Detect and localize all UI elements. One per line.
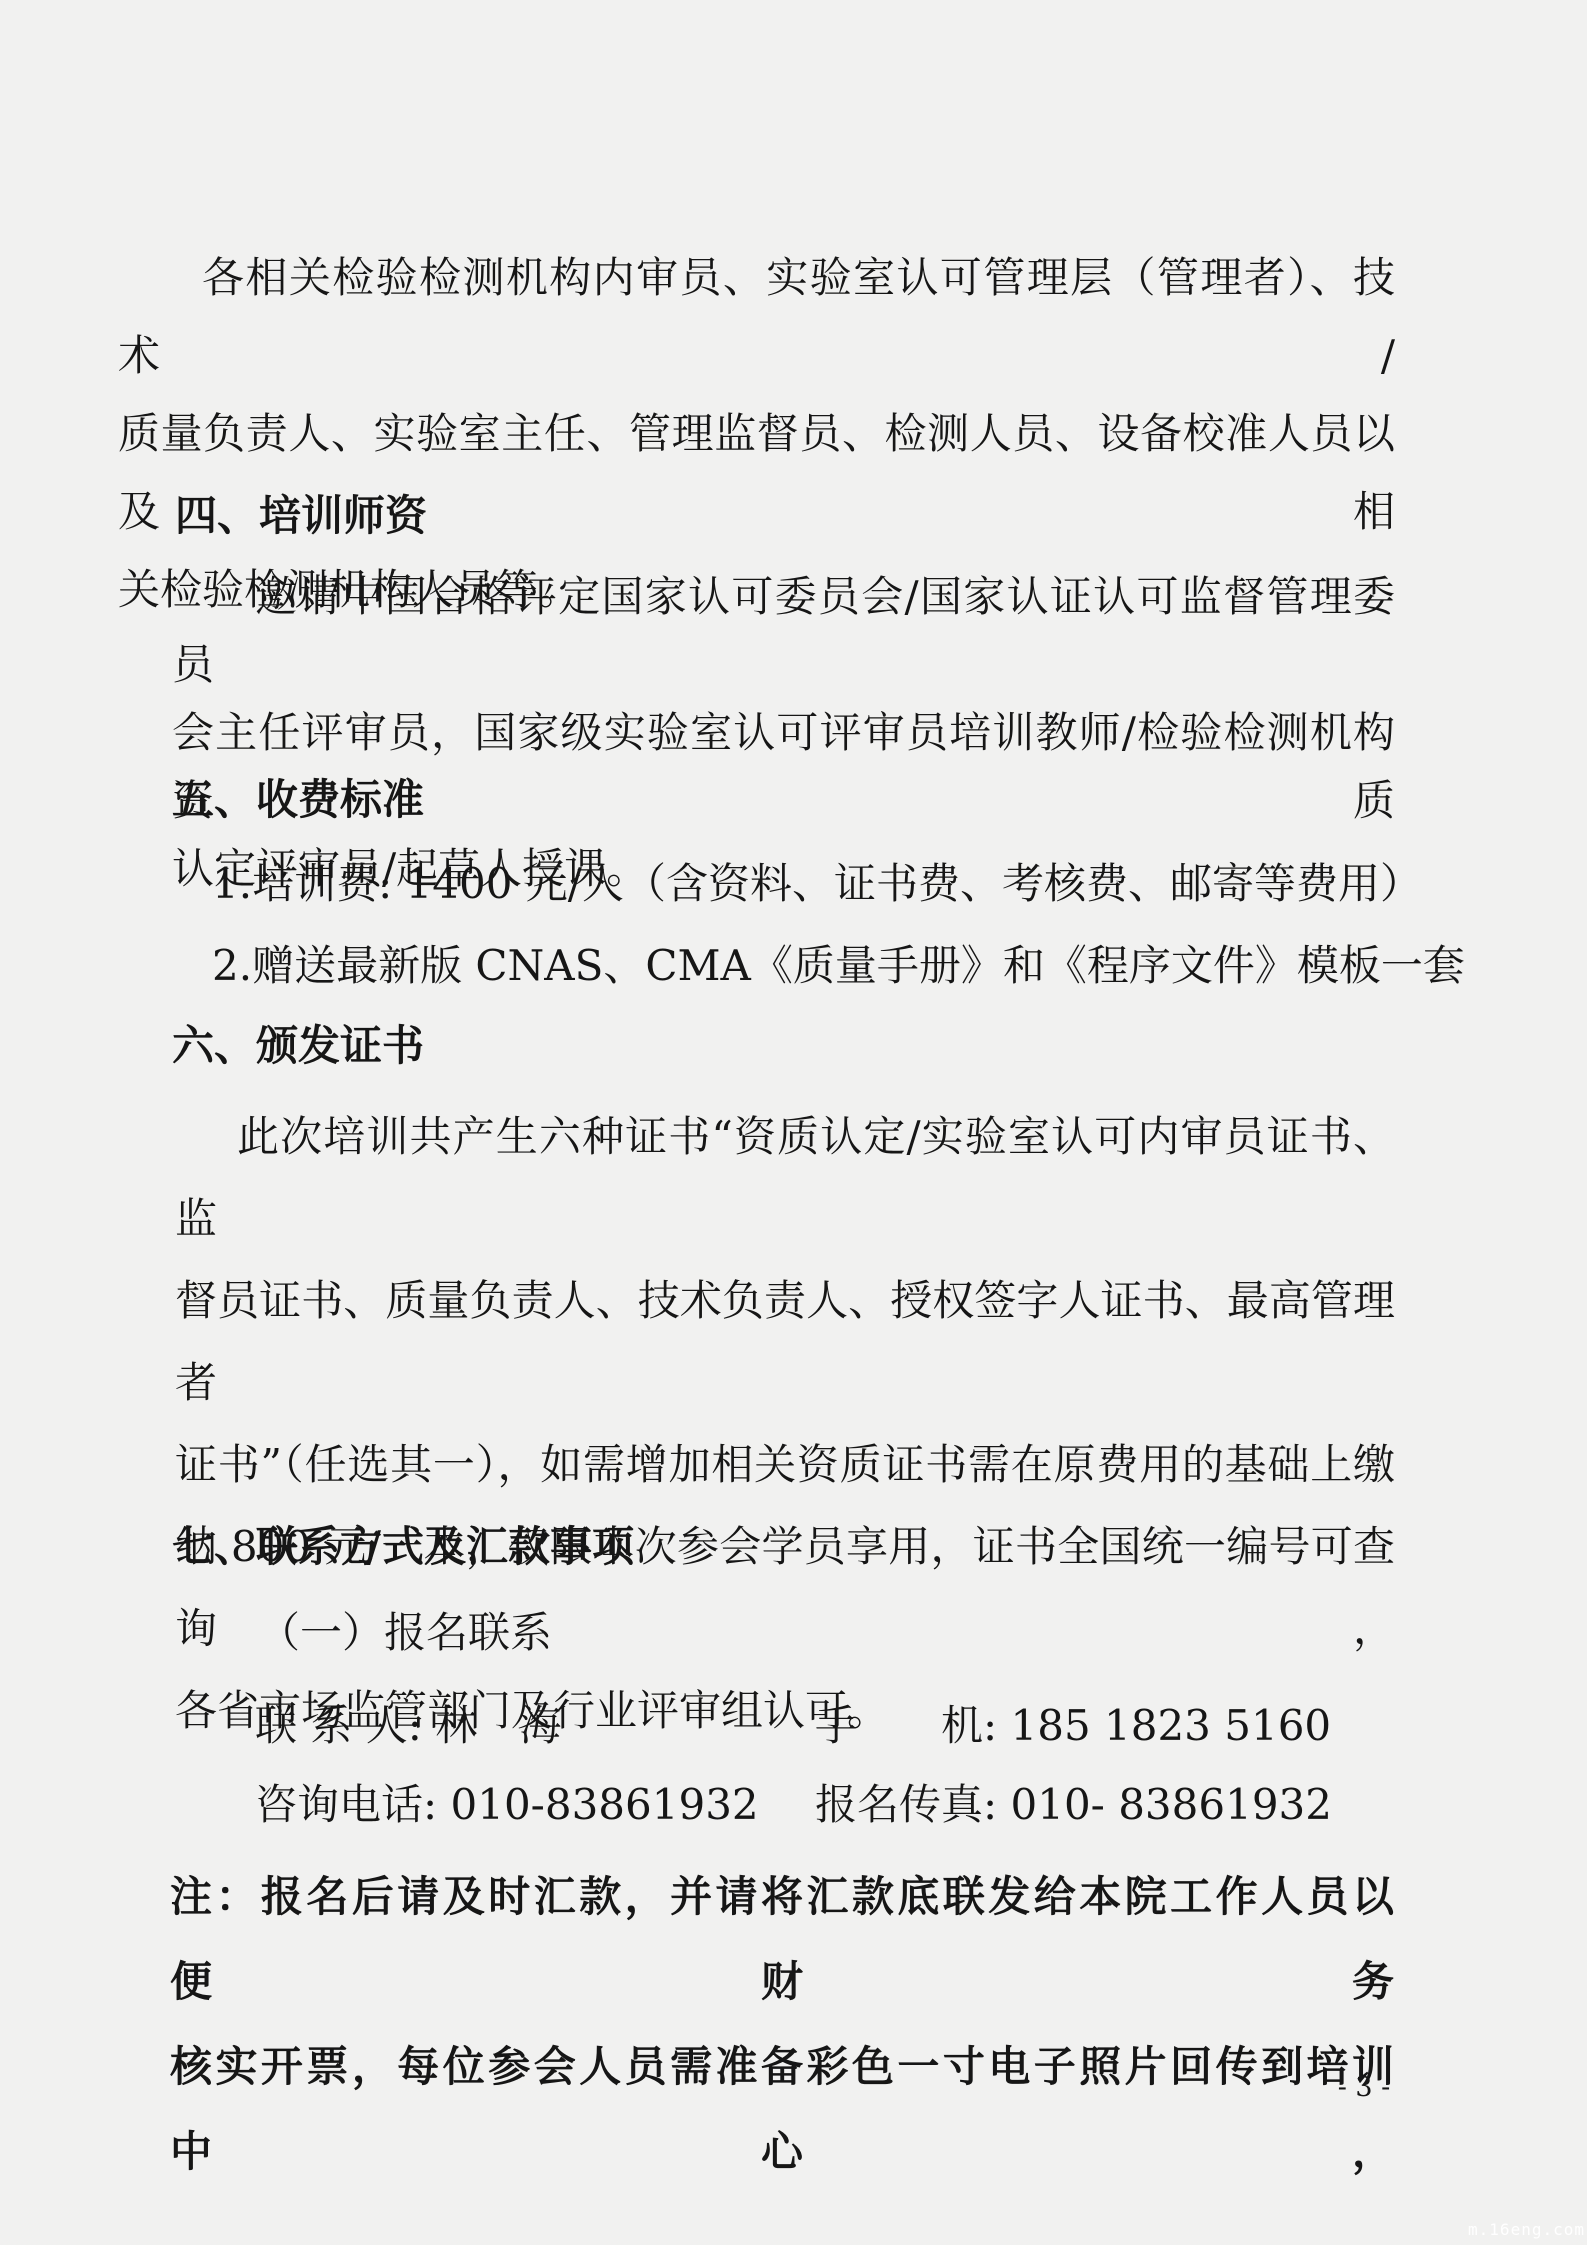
page-number: - 3 - <box>1322 2072 1406 2103</box>
contact-person: 联 系 人: 林 海 <box>255 1704 561 1748</box>
fee-item-2: 2.赠送最新版 CNAS、CMA《质量手册》和《程序文件》模板一套 <box>212 944 1465 988</box>
faculty-line: 邀请中国合格评定国家认可委员会/国家认证认可监督管理委员 <box>172 563 1395 699</box>
contact-telephone: 咨询电话: 010-83861932 <box>255 1783 759 1827</box>
note-line: 核实开票，每位参会人员需准备彩色一寸电子照片回传到培训中心， <box>170 2024 1396 2194</box>
note-line: 注：报名后请及时汇款，并请将汇款底联发给本院工作人员以便财务 <box>170 1854 1396 2024</box>
watermark-text: m.16eng.com <box>1468 2220 1585 2239</box>
contact-row-1: 联 系 人: 林 海 手 机: 185 1823 5160 <box>255 1704 1395 1752</box>
faculty-paragraph: 邀请中国合格评定国家认可委员会/国家认证认可监督管理委员 会主任评审员，国家级实… <box>172 563 1395 903</box>
certificates-line: 证书”（任选其一），如需增加相关资质证书需在原费用的基础上缴 <box>175 1424 1395 1506</box>
intro-line: 各相关检验检测机构内审员、实验室认可管理层（管理者）、技术/ <box>118 239 1395 395</box>
document-page: 各相关检验检测机构内审员、实验室认可管理层（管理者）、技术/ 质量负责人、实验室… <box>0 0 1587 2245</box>
fee-item-1: 1.培训费: 1400 元/人（含资料、证书费、考核费、邮寄等费用） <box>212 862 1422 906</box>
subsection-registration-contact: （一）报名联系 <box>258 1611 552 1655</box>
section-heading-contact: 七、联系方式及汇款事项 <box>172 1525 634 1569</box>
section-heading-certificates: 六、颁发证书 <box>172 1024 424 1068</box>
contact-mobile: 手 机: 185 1823 5160 <box>815 1704 1331 1748</box>
certificates-line: 此次培训共产生六种证书“资质认定/实验室认可内审员证书、监 <box>175 1096 1395 1260</box>
contact-row-2: 咨询电话: 010-83861932 报名传真: 010- 83861932 <box>255 1783 1395 1831</box>
remittance-note: 注：报名后请及时汇款，并请将汇款底联发给本院工作人员以便财务 核实开票，每位参会… <box>170 1854 1396 2194</box>
section-heading-fees: 五、收费标准 <box>172 778 424 822</box>
section-heading-training-faculty: 四、培训师资 <box>175 494 427 538</box>
contact-fax: 报名传真: 010- 83861932 <box>815 1783 1332 1827</box>
certificates-line: 督员证书、质量负责人、技术负责人、授权签字人证书、最高管理者 <box>175 1260 1395 1424</box>
